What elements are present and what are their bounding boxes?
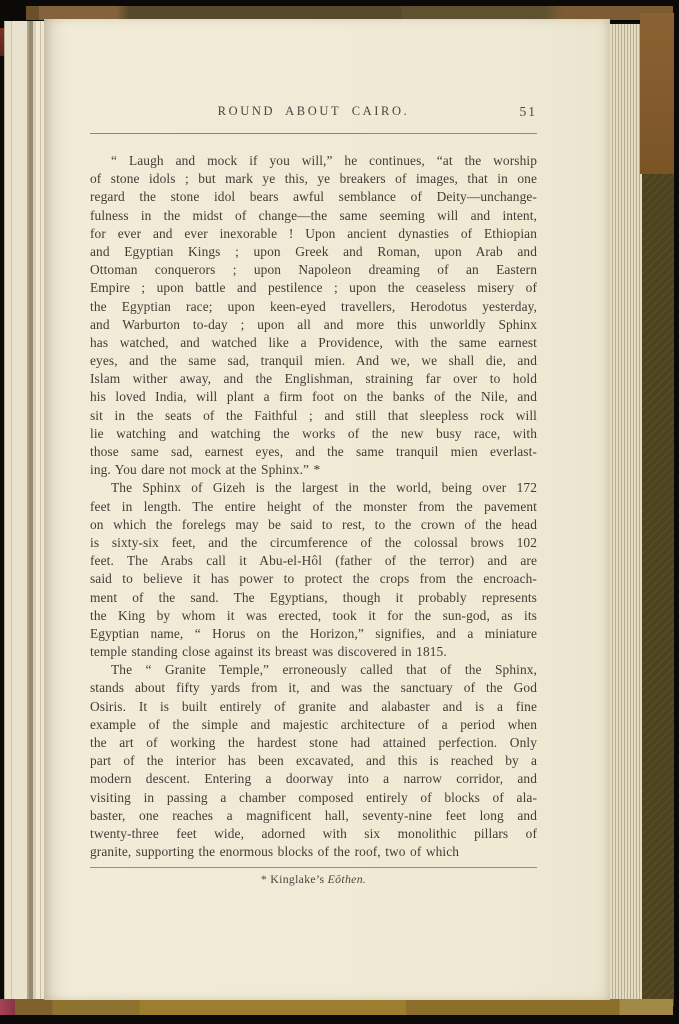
text-line: stands about fifty yards from it, and wa… — [90, 679, 537, 697]
text-line: visiting in passing a chamber composed e… — [90, 789, 537, 807]
text-line: and Egyptian Kings ; upon Greek and Roma… — [90, 243, 537, 261]
text-line: ment of the sand. The Egyptians, though … — [90, 589, 537, 607]
text-line: for ever and ever inexorable ! Upon anci… — [90, 225, 537, 243]
paragraph: The Sphinx of Gizeh is the largest in th… — [90, 479, 537, 661]
text-line: ing. You dare not mock at the Sphinx.” * — [90, 461, 537, 479]
book-page: ROUND ABOUT CAIRO. 51 “ Laugh and mock i… — [44, 19, 610, 1000]
body-text: “ Laugh and mock if you will,” he contin… — [90, 152, 537, 861]
book-cover-top-edge — [26, 6, 673, 20]
text-line: has watched, and watched like a Providen… — [90, 334, 537, 352]
page-fore-edge-right — [607, 24, 642, 1000]
text-line: example of the simple and majestic archi… — [90, 716, 537, 734]
text-line: lie watching and watching the works of t… — [90, 425, 537, 443]
text-line: his loved India, will plant a firm foot … — [90, 388, 537, 406]
paragraph: “ Laugh and mock if you will,” he contin… — [90, 152, 537, 479]
marbled-edge-spot — [0, 999, 15, 1015]
text-line: The “ Granite Temple,” erroneously calle… — [90, 661, 537, 679]
book-cover-right-edge-upper — [640, 13, 674, 174]
text-line: those same sad, earnest eyes, and the sa… — [90, 443, 537, 461]
text-line: twenty-three feet wide, adorned with six… — [90, 825, 537, 843]
book-cover-right-edge-lower — [642, 174, 674, 1006]
text-line: Egyptian name, “ Horus on the Horizon,” … — [90, 625, 537, 643]
footnote-rule — [90, 867, 537, 868]
text-line: “ Laugh and mock if you will,” he contin… — [90, 152, 537, 170]
page-header: ROUND ABOUT CAIRO. 51 — [90, 104, 537, 120]
text-line: on which the forelegs may be said to res… — [90, 516, 537, 534]
text-line: of stone idols ; but mark ye this, ye br… — [90, 170, 537, 188]
text-line: said to believe it has power to protect … — [90, 570, 537, 588]
text-line: eyes, and the same sad, tranquil mien. A… — [90, 352, 537, 370]
text-line: temple standing close against its breast… — [90, 643, 537, 661]
running-title: ROUND ABOUT CAIRO. — [90, 104, 537, 119]
book-cover-bottom-edge — [6, 999, 673, 1015]
header-rule — [90, 133, 537, 134]
text-block: ROUND ABOUT CAIRO. 51 “ Laugh and mock i… — [90, 104, 537, 887]
text-line: is sixty-six feet, and the circumference… — [90, 534, 537, 552]
page-number: 51 — [520, 104, 538, 120]
text-line: the Egyptian race; upon keen-eyed travel… — [90, 298, 537, 316]
text-line: feet in length. The entire height of the… — [90, 498, 537, 516]
text-line: Ottoman conquerors ; upon Napoleon dream… — [90, 261, 537, 279]
text-line: part of the interior has been excavated,… — [90, 752, 537, 770]
text-line: Osiris. It is built entirely of granite … — [90, 698, 537, 716]
text-line: modern descent. Entering a doorway into … — [90, 770, 537, 788]
text-line: fulness in the midst of change—the same … — [90, 207, 537, 225]
text-line: the art of working the hardest stone had… — [90, 734, 537, 752]
footnote-marker-text: * Kinglake’s — [261, 872, 328, 886]
text-line: baster, one reaches a magnificent hall, … — [90, 807, 537, 825]
page-stack-left-edge — [4, 21, 45, 1006]
text-line: regard the stone idol bears awful sembla… — [90, 188, 537, 206]
text-line: and Warburton to-day ; upon all and more… — [90, 316, 537, 334]
paragraph: The “ Granite Temple,” erroneously calle… — [90, 661, 537, 861]
footnote: * Kinglake’s Eōthen. — [90, 872, 537, 887]
text-line: sit in the seats of the Faithful ; and s… — [90, 407, 537, 425]
scanned-book-photo: ROUND ABOUT CAIRO. 51 “ Laugh and mock i… — [0, 0, 679, 1024]
footnote-work-title: Eōthen. — [328, 872, 366, 886]
text-line: granite, supporting the enormous blocks … — [90, 843, 537, 861]
text-line: The Sphinx of Gizeh is the largest in th… — [90, 479, 537, 497]
text-line: Empire ; upon battle and pestilence ; up… — [90, 279, 537, 297]
text-line: the King by whom it was erected, took it… — [90, 607, 537, 625]
text-line: feet. The Arabs call it Abu-el-Hôl (fath… — [90, 552, 537, 570]
text-line: Islam wither away, and the Englishman, s… — [90, 370, 537, 388]
